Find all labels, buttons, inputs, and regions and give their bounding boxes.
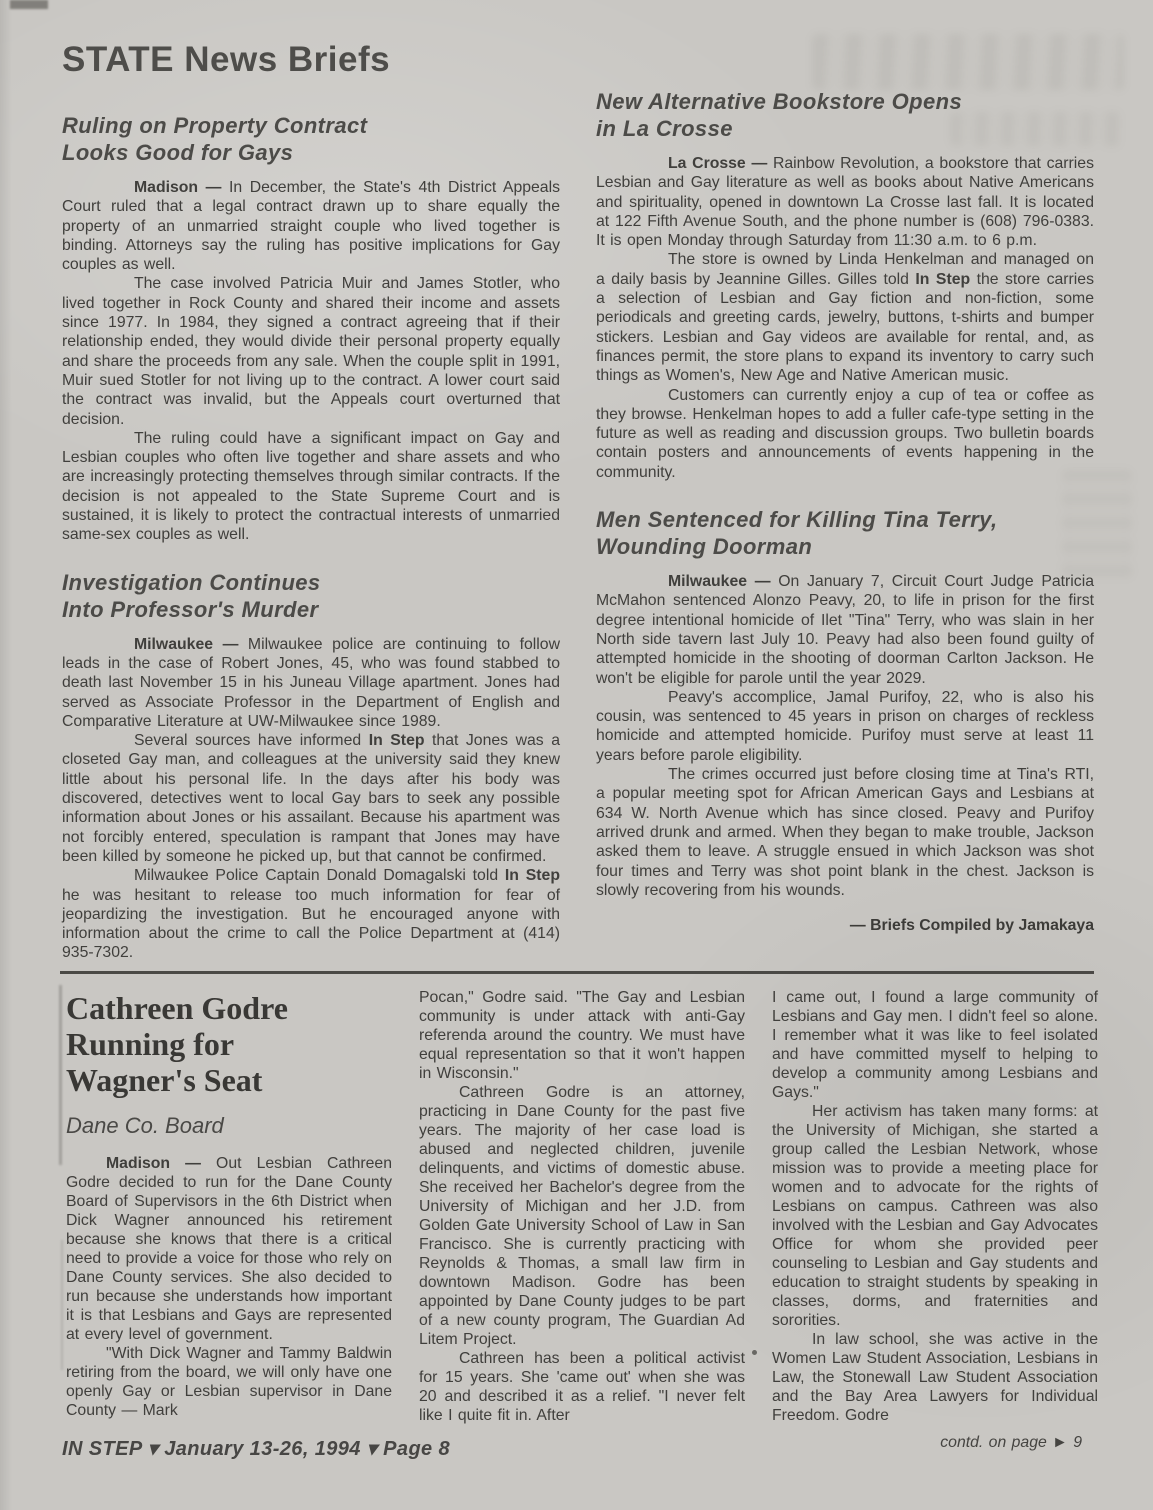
paragraph: Milwaukee — Milwaukee police are continu… [62,635,560,731]
godre-column-1: Cathreen GodreRunning forWagner's Seat D… [66,988,392,1452]
article-bookstore-opens: New Alternative Bookstore Opensin La Cro… [596,88,1094,482]
paragraph: Milwaukee Police Captain Donald Domagals… [62,866,560,962]
paragraph: The case involved Patricia Muir and Jame… [62,274,560,428]
newspaper-page: STATE News Briefs Ruling on Property Con… [0,0,1153,1510]
paragraph: Her activism has taken many forms: at th… [772,1102,1098,1330]
article-heading: New Alternative Bookstore Opensin La Cro… [596,88,1094,142]
section-title: STATE News Briefs [62,40,560,80]
paragraph: The ruling could have a significant impa… [62,429,560,545]
article-tina-terry-sentencing: Men Sentenced for Killing Tina Terry,Wou… [596,506,1094,900]
paragraph: In law school, she was active in the Wom… [772,1330,1098,1425]
paragraph: Several sources have informed In Step th… [62,731,560,866]
paragraph: Madison — Out Lesbian Cathreen Godre dec… [66,1154,392,1344]
paragraph: Madison — In December, the State's 4th D… [62,178,560,274]
article-professors-murder: Investigation ContinuesInto Professor's … [62,569,560,963]
left-column: STATE News Briefs Ruling on Property Con… [62,40,560,963]
article-heading: Investigation ContinuesInto Professor's … [62,569,560,623]
paragraph: The crimes occurred just before closing … [596,765,1094,900]
scan-edge-mark [61,1240,63,1370]
godre-column-2: Pocan," Godre said. "The Gay and Lesbian… [419,988,745,1452]
paragraph: Peavy's accomplice, Jamal Purifoy, 22, w… [596,688,1094,765]
godre-article-section: Cathreen GodreRunning forWagner's Seat D… [66,988,1098,1452]
paragraph: Cathreen has been a political activist f… [419,1349,745,1425]
paragraph: Customers can currently enjoy a cup of t… [596,386,1094,482]
compiled-by-byline: — Briefs Compiled by Jamakaya [596,916,1094,935]
paragraph: I came out, I found a large community of… [772,988,1098,1102]
page-footer: IN STEP ▾ January 13-26, 1994 ▾ Page 8 [62,1436,450,1461]
scan-edge-mark [10,0,48,9]
paragraph: Cathreen Godre is an attorney, practicin… [419,1083,745,1349]
godre-column-3: I came out, I found a large community of… [772,988,1098,1452]
paragraph: Milwaukee — On January 7, Circuit Court … [596,572,1094,688]
paragraph: "With Dick Wagner and Tammy Baldwin reti… [66,1344,392,1420]
state-news-briefs-section: STATE News Briefs Ruling on Property Con… [62,40,1094,963]
paragraph: La Crosse — Rainbow Revolution, a bookst… [596,154,1094,250]
article-property-contract: Ruling on Property ContractLooks Good fo… [62,112,560,545]
article-heading: Ruling on Property ContractLooks Good fo… [62,112,560,166]
paragraph: Pocan," Godre said. "The Gay and Lesbian… [419,988,745,1083]
right-column: New Alternative Bookstore Opensin La Cro… [596,40,1094,963]
section-divider-rule [60,971,1094,974]
scan-edge-mark [59,985,62,1165]
article-heading: Men Sentenced for Killing Tina Terry,Wou… [596,506,1094,560]
continued-on-page-note: contd. on page ► 9 [772,1433,1098,1452]
article-kicker: Dane Co. Board [66,1114,392,1138]
article-headline: Cathreen GodreRunning forWagner's Seat [66,990,392,1098]
paragraph: The store is owned by Linda Henkelman an… [596,250,1094,385]
